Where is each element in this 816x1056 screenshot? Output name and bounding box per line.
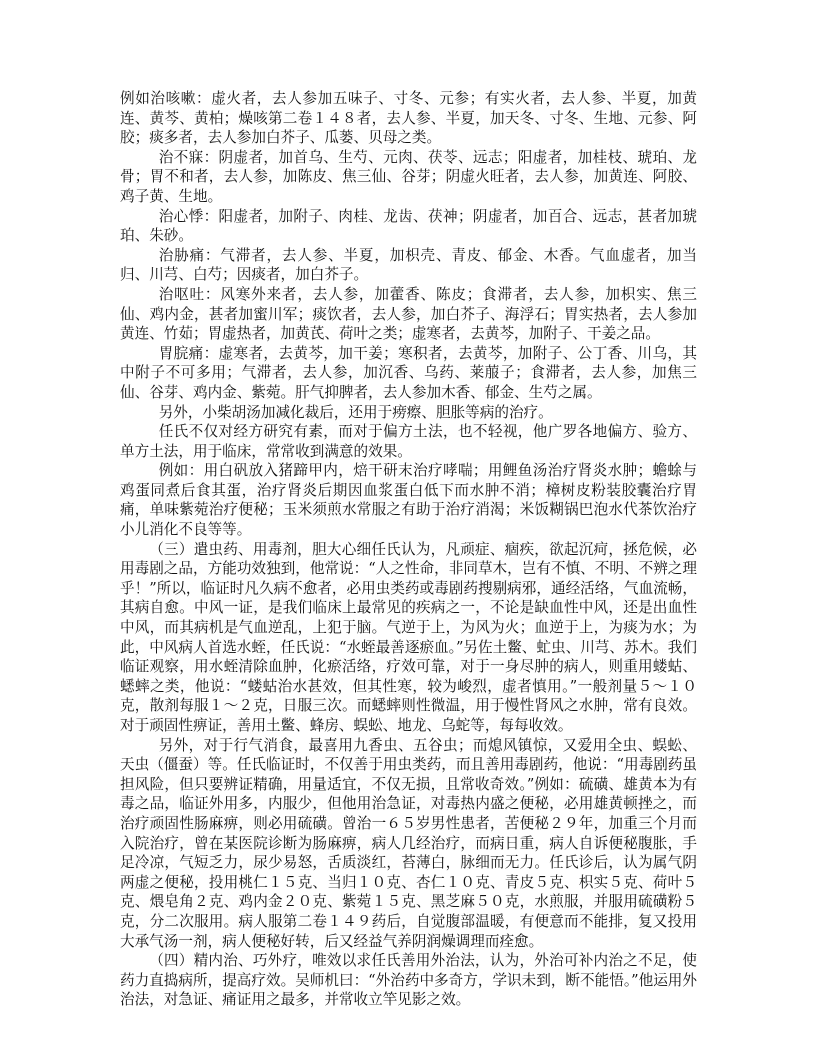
document-page: 例如治咳嗽：虚火者，去人参加五味子、寸冬、元参；有实火者，去人参、半夏，加黄连、…	[120, 89, 697, 1010]
paragraph-section-four-external-treatment: （四）精内治、巧外疗，唯效以求任氏善用外治法，认为，外治可补内治之不足，使药力直…	[120, 951, 697, 1010]
paragraph-cough-treatment: 例如治咳嗽：虚火者，去人参加五味子、寸冬、元参；有实火者，去人参、半夏，加黄连、…	[120, 89, 697, 148]
paragraph-stomach-pain-treatment: 胃脘痛：虚寒者，去黄芩，加干姜；寒积者，去黄芩，加附子、公丁香、川乌，其中附子不…	[120, 344, 697, 403]
paragraph-toxic-drugs-case: 另外，对于行气消食，最喜用九香虫、五谷虫；而熄风镇惊，又爱用全虫、蜈蚣、天虫（僵…	[120, 736, 697, 952]
paragraph-folk-remedies: 任氏不仅对经方研究有素，而对于偏方土法，也不轻视，他广罗各地偏方、验方、单方土法…	[120, 422, 697, 461]
paragraph-palpitation-treatment: 治心悸：阳虚者，加附子、肉桂、龙齿、茯神；阴虚者，加百合、远志，甚者加琥珀、朱砂…	[120, 207, 697, 246]
paragraph-hypochondriac-pain-treatment: 治胁痛：气滞者，去人参、半夏，加枳壳、青皮、郁金、木香。气血虚者，加当归、川芎、…	[120, 246, 697, 285]
paragraph-xiaochaihu-decoction: 另外，小柴胡汤加减化裁后，还用于痨瘵、胆胀等病的治疗。	[120, 403, 697, 423]
paragraph-folk-remedy-examples: 例如：用白矾放入猪蹄甲内，焙干研末治疗哮喘；用鲤鱼汤治疗肾炎水肿；蟾蜍与鸡蛋同煮…	[120, 461, 697, 539]
paragraph-section-three-insect-drugs: （三）遣虫药、用毒剂，胆大心细任氏认为，凡顽症、痼疾，欲起沉疴，拯危候，必用毒剧…	[120, 540, 697, 736]
paragraph-vomiting-treatment: 治呕吐：风寒外来者，去人参，加藿香、陈皮；食滞者，去人参，加枳实、焦三仙、鸡内金…	[120, 285, 697, 344]
paragraph-insomnia-treatment: 治不寐：阴虚者，加首乌、生芍、元肉、茯苓、远志；阳虚者，加桂枝、琥珀、龙骨；胃不…	[120, 148, 697, 207]
